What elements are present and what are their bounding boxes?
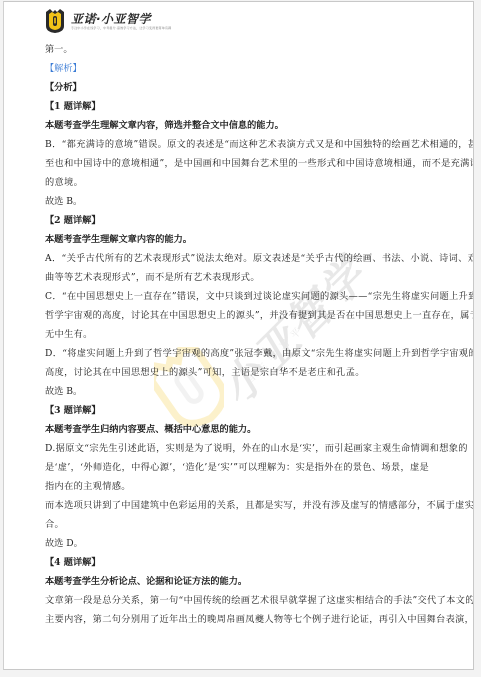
q3-body-line: 指内在的主观情感。 [45, 477, 435, 496]
q3-heading: 【3 题详解】 [45, 401, 435, 420]
q3-body-line: 而本选项只讲到了中国建筑中色彩运用的关系，且都是实写，并没有涉及虚写的情感部分，… [45, 496, 435, 515]
q3-body-line: 合。 [45, 515, 435, 534]
q4-heading: 【4 题详解】 [45, 553, 435, 572]
q2-body-line: 无中生有。 [45, 325, 435, 344]
analysis-heading: 【解析】 [45, 59, 435, 78]
q4-intro: 本题考查学生分析论点、论据和论证方法的能力。 [45, 572, 435, 591]
logo-shield-icon [44, 8, 66, 34]
q1-answer: 故选 B。 [45, 192, 435, 211]
q2-body-line: 哲学宇宙观的高度，讨论其在中国思想史上的源头”，并没有提到其是否在中国思想史上一… [45, 306, 435, 325]
document-body: 第一。 【解析】 【分析】 【1 题详解】 本题考查学生理解文章内容，筛选并整合… [45, 40, 435, 629]
q3-answer: 故选 D。 [45, 534, 435, 553]
q3-body-line: 是‘虚’，‘外师造化，中得心源’，‘造化’是‘实’”可以理解为：实是指外在的景色… [45, 458, 435, 477]
q1-intro: 本题考查学生理解文章内容，筛选并整合文中信息的能力。 [45, 116, 435, 135]
q1-heading: 【1 题详解】 [45, 97, 435, 116]
brand-logo: 亚诺·小亚智学 专注中小学在线学习，中考提分·高效学习方法，让学习变得更简单有趣 [44, 8, 171, 34]
q2-body-line: C．“在中国思想史上一直存在”错误，文中只谈到过谈论虚实问题的源头——“宗先生将… [45, 287, 435, 306]
q2-body-line: A．“关乎古代所有的艺术表现形式”说法太绝对。原文表述是“关乎古代的绘画、书法、… [45, 249, 435, 268]
logo-title: 亚诺·小亚智学 [71, 12, 171, 26]
q2-body-line: D．“将虚实问题上升到了哲学宇宙观的高度”张冠李戴，由原文“宗先生将虚实问题上升… [45, 344, 435, 363]
q2-heading: 【2 题详解】 [45, 211, 435, 230]
q2-answer: 故选 B。 [45, 382, 435, 401]
fenxi-heading: 【分析】 [45, 78, 435, 97]
q2-body-line: 高度，讨论其在中国思想史上的源头”可知，主语是宗白华不是老庄和孔孟。 [45, 363, 435, 382]
q3-intro: 本题考查学生归纳内容要点、概括中心意思的能力。 [45, 420, 435, 439]
q4-body-line: 文章第一段是总分关系，第一句“中国传统的绘画艺术很早就掌握了这虚实相结合的手法”… [45, 591, 435, 610]
q4-body-line: 主要内容，第二句分别用了近年出土的晚周帛画凤夔人物等七个例子进行论证，再引入中国… [45, 610, 435, 629]
q1-body-line: 的意境。 [45, 173, 435, 192]
q1-body-line: 至也和中国诗中的意境相通”，是中国画和中国舞台艺术里的一些形式和中国诗意境相通，… [45, 154, 435, 173]
section-title: 第一。 [45, 40, 435, 59]
q3-body-line: D.据原文“宗先生引述此语，实则是为了说明，外在的山水是‘实’，而引起画家主观生… [45, 439, 435, 458]
document-page: 亚诺·小亚智学 专注中小学在线学习，中考提分·高效学习方法，让学习变得更简单有趣… [3, 1, 474, 670]
q2-body-line: 曲等等艺术表现形式”，而不是所有艺术表现形式。 [45, 268, 435, 287]
q2-intro: 本题考查学生理解文章内容的能力。 [45, 230, 435, 249]
logo-subtitle: 专注中小学在线学习，中考提分·高效学习方法，让学习变得更简单有趣 [71, 26, 171, 31]
q1-body-line: B．“都充满诗的意境”错误。原文的表述是“而这种艺术表演方式又是和中国独特的绘画… [45, 135, 435, 154]
